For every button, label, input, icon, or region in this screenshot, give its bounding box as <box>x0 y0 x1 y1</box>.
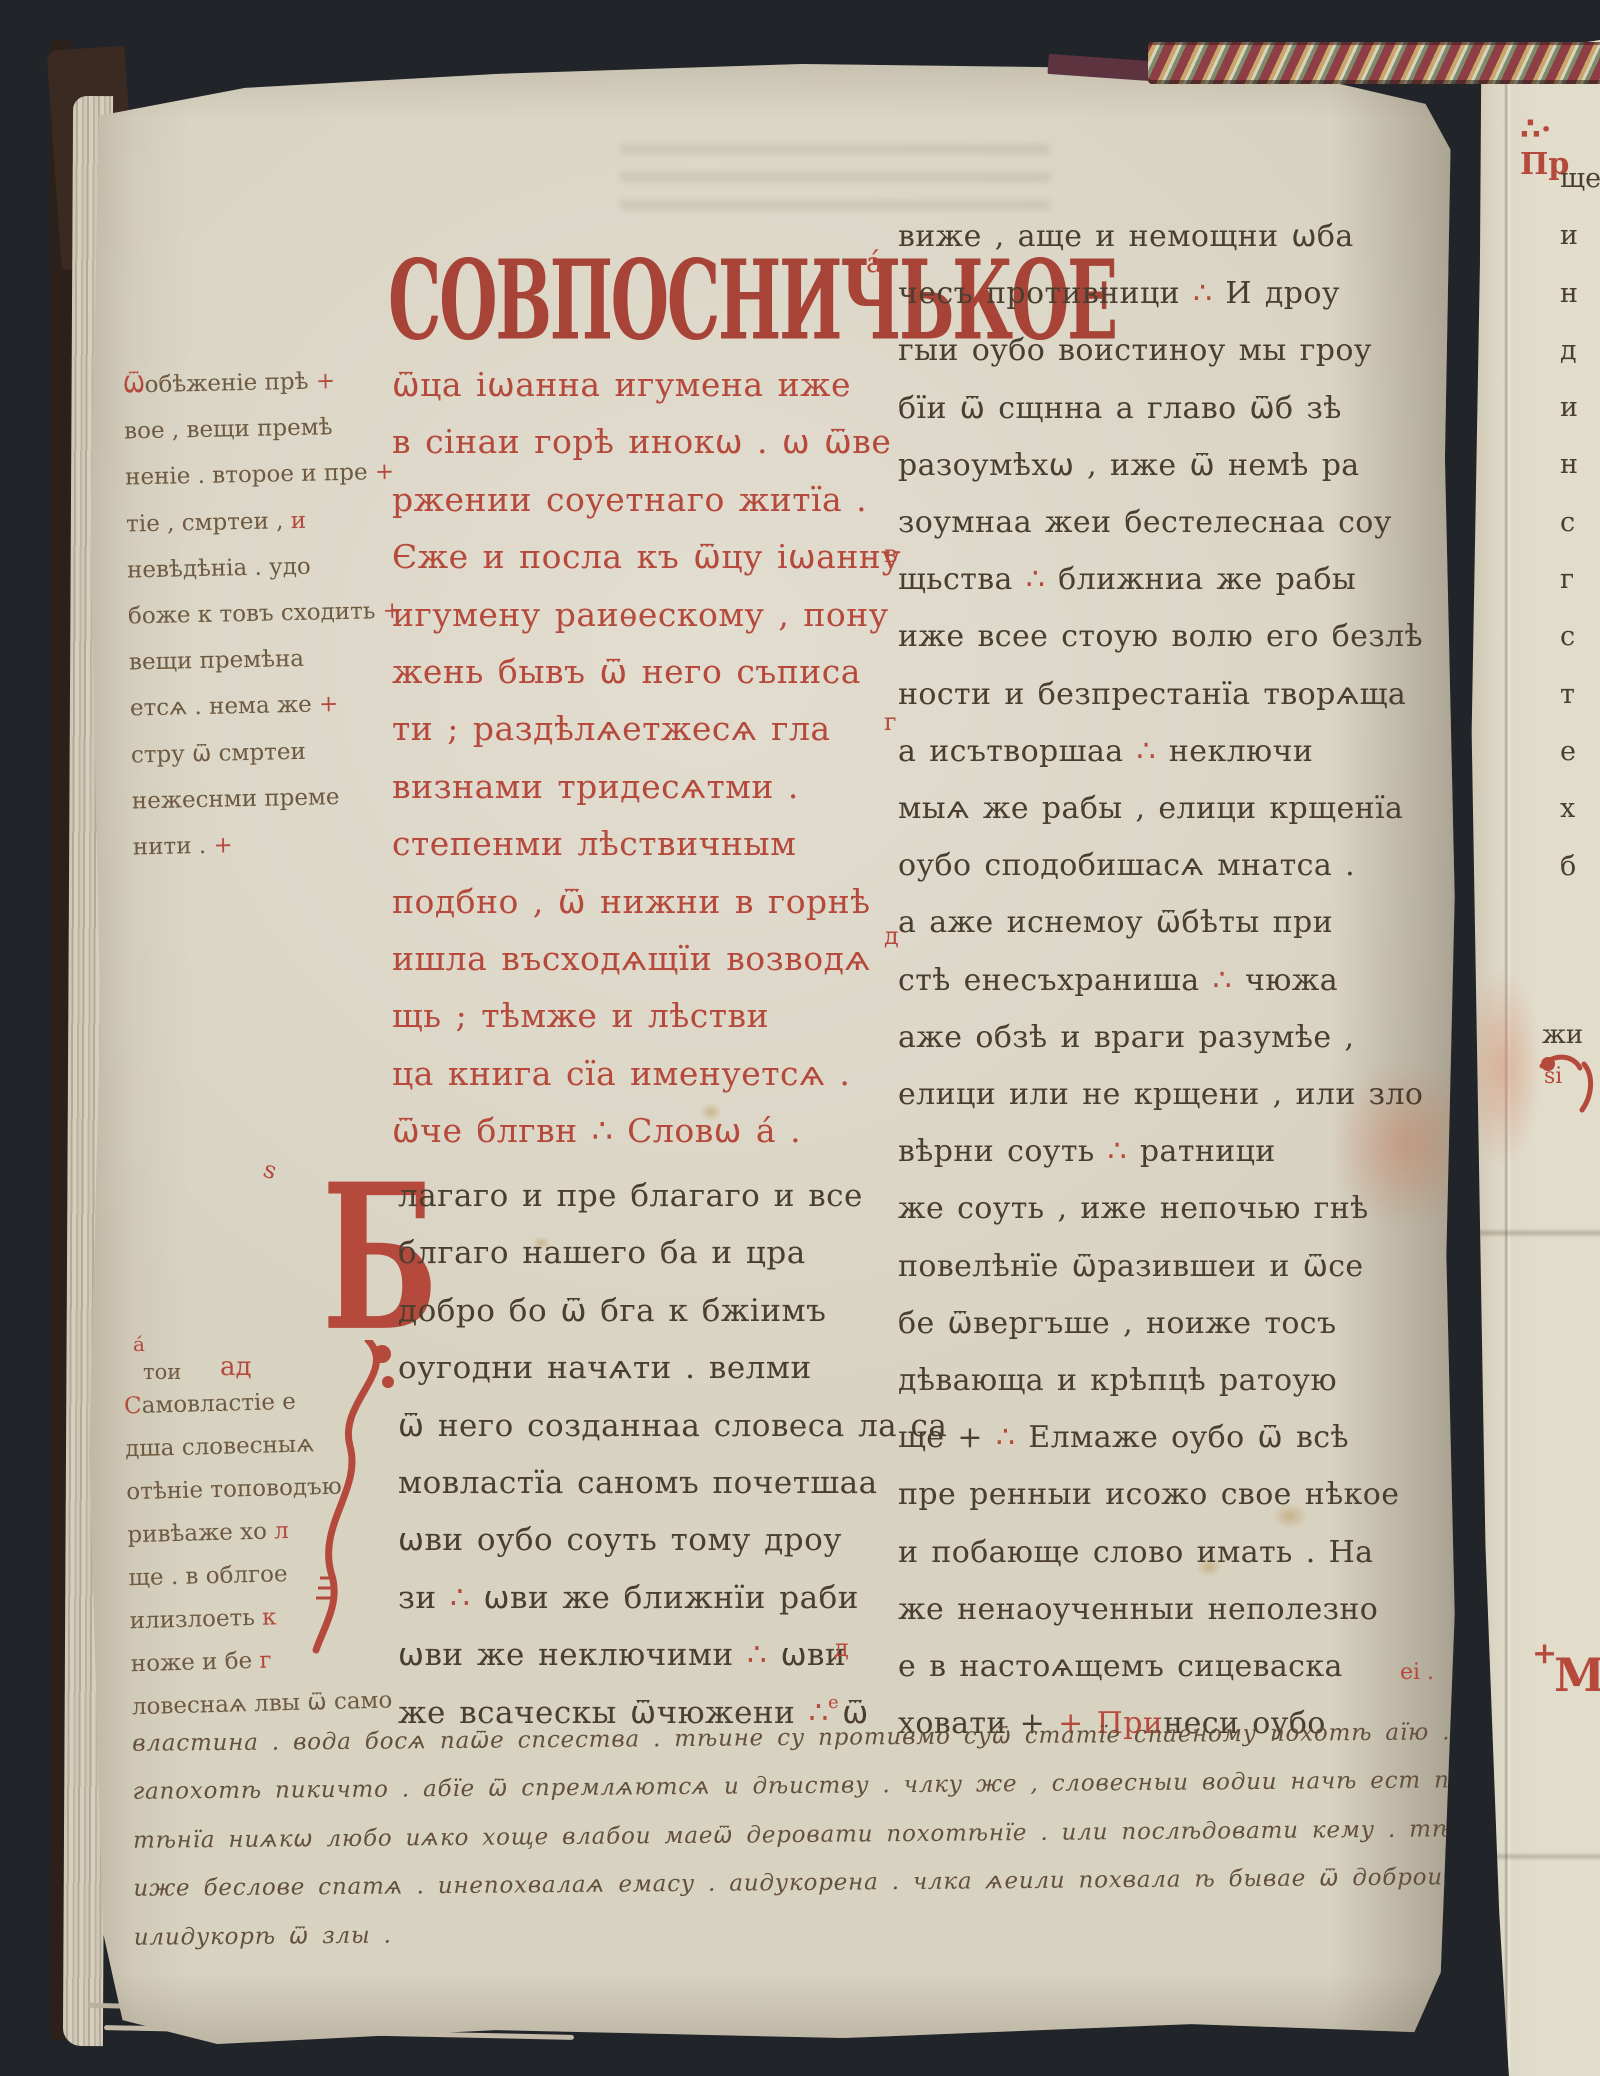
text-line: д <box>1560 322 1600 379</box>
red-accent: + <box>316 368 336 394</box>
red-accent: ∴ <box>1213 963 1233 998</box>
text-line: в сінаи горѣ инокѡ . ѡ ѿве <box>392 413 882 470</box>
text-line: ѿ него созданнаа словеса ла са <box>398 1398 878 1455</box>
text-line: чесъ противници ∴ И дроу <box>898 265 1423 322</box>
text-line: бе ѿвергъше , ноиже тосъ <box>898 1295 1423 1352</box>
text-line: ще . в облгое <box>128 1551 379 1601</box>
text-segment: а исътворшаа <box>898 734 1136 769</box>
red-accent: + <box>375 459 395 485</box>
text-line: тіе , смртеи , и <box>126 496 367 547</box>
text-line: ѡви же неключими ∴ ѡви <box>398 1627 878 1684</box>
text-segment: неніе . второе и пре <box>125 460 375 491</box>
text-line: визнами тридесѧтми . <box>392 758 882 815</box>
text-line: гыи оубо воистиноу мы гроу <box>898 322 1423 379</box>
text-line: же ненаоученныи неполезно <box>898 1581 1423 1638</box>
text-line: же соуть , иже непочью гнѣ <box>898 1180 1423 1237</box>
text-line: ности и безпрестанїа творѧща <box>898 666 1423 723</box>
text-line: степенми лѣствичным <box>392 815 882 872</box>
text-segment: нити . <box>133 833 214 861</box>
text-line: дѣвающа и крѣпцѣ ратоую <box>898 1352 1423 1409</box>
red-accent: к <box>262 1604 277 1630</box>
text-segment: етсѧ . нема же <box>130 692 320 722</box>
text-segment: щьства <box>898 562 1026 597</box>
text-line: ѡви оубо соуть тому дроу <box>398 1512 878 1569</box>
text-line: нежеснми преме <box>131 773 372 824</box>
red-accent: Ѿ <box>123 372 145 398</box>
text-line: Єже и посла къ ѿцу іѡанну <box>392 528 882 585</box>
page-crease <box>1462 1228 1600 1238</box>
pink-stain <box>1462 968 1542 1168</box>
text-line: игумену раиѳескому , пону <box>392 586 882 643</box>
text-line: оубо сподобишасѧ мнатса . <box>898 837 1423 894</box>
text-line: г <box>1560 551 1600 608</box>
text-line: ноже и бе г <box>130 1637 381 1687</box>
gutter-mark: в <box>884 540 898 568</box>
column1-side-mark: ѕ <box>260 1155 280 1185</box>
red-accent: ∴ <box>1108 1134 1128 1169</box>
text-line: повелѣнїе ѿразившеи и ѿсе <box>898 1238 1423 1295</box>
red-accent: + <box>319 692 339 718</box>
text-line: вое , вещи премѣ <box>124 404 365 455</box>
right-page-word: жи <box>1542 1020 1583 1050</box>
text-line: етсѧ . нема же + <box>129 681 370 732</box>
text-line: боже к товъ сходить + <box>128 589 369 640</box>
text-line: ца книга сїа именуетсѧ . <box>392 1045 882 1102</box>
text-line: щь ; тѣмже и лѣстви <box>392 987 882 1044</box>
red-accent: ∴ <box>1136 734 1156 769</box>
text-segment: неключи <box>1156 734 1313 769</box>
text-line: ще <box>1560 150 1600 207</box>
text-segment: ривѣаже хо <box>127 1518 274 1548</box>
gutter-mark: г <box>884 708 897 736</box>
text-line: мовластїа саномъ почетшаа <box>398 1455 878 1512</box>
text-line: нити . + <box>132 819 373 870</box>
text-line: а аже иснемоу ѿбѣты при <box>898 894 1423 951</box>
text-line: зи ∴ ѡви же ближнїи раби <box>398 1570 878 1627</box>
text-line: оугодни начѧти . велми <box>398 1340 878 1397</box>
footer-cursive-gloss: властина . вода босѧ паѿе спсества . тѣи… <box>132 1708 1464 1962</box>
text-line: елици или не крщени , или зло <box>898 1066 1423 1123</box>
gutter-mark: е <box>828 1692 839 1713</box>
red-accent: ∴ <box>996 1420 1016 1455</box>
gutter-mark: а́ <box>866 246 883 279</box>
text-segment: ратници <box>1127 1134 1276 1169</box>
text-line: Ѿобѣженіе прѣ + <box>123 358 364 409</box>
margin-mark-toi: тои <box>143 1360 181 1384</box>
text-line: с <box>1560 608 1600 665</box>
page-crease <box>1462 1852 1600 1861</box>
text-line: разоумѣхѡ , иже ѿ немѣ ра <box>898 437 1423 494</box>
column1-rubric: ѿца іѡанна игумена ижев сінаи горѣ инокѡ… <box>392 356 882 1160</box>
text-segment: чюжа <box>1232 963 1338 998</box>
text-line: ѿче блгвн ∴ Словѡ а́ . <box>392 1102 882 1159</box>
red-accent: ∴ <box>1193 276 1213 311</box>
text-line: Самовластіе е <box>124 1379 375 1429</box>
red-accent: и <box>290 507 306 533</box>
text-line: н <box>1560 265 1600 322</box>
red-accent: + <box>213 832 233 858</box>
red-accent: г <box>259 1648 272 1674</box>
text-line: ще + ∴ Елмаже оубо ѿ всѣ <box>898 1409 1423 1466</box>
left-page: СОВПОСНИЧЬКОЕ ѿца іѡанна игумена ижев сі… <box>78 60 1470 2052</box>
text-line: и <box>1560 379 1600 436</box>
gutter-mark: д <box>884 922 899 950</box>
column2-body: виже , аще и немощни ѡбачесъ противници … <box>898 208 1423 1752</box>
right-page-line-starts: щеиндинсгстехб <box>1560 150 1600 895</box>
text-line: мыѧ же рабы , елици крщенїа <box>898 780 1423 837</box>
text-segment: чесъ противници <box>898 276 1193 311</box>
text-line: стѣ енесъхраниша ∴ чюжа <box>898 952 1423 1009</box>
margin-mark-ad: ад <box>220 1352 252 1382</box>
text-segment: боже к товъ сходить <box>128 598 383 629</box>
red-accent: С <box>124 1393 142 1419</box>
text-line: добро бо ѿ бга к бжіимъ <box>398 1283 878 1340</box>
quire-number: еі . <box>1400 1660 1434 1685</box>
margin-gloss-top: Ѿобѣженіе прѣ +вое , вещи премѣненіе . в… <box>123 358 374 871</box>
red-accent: ∴ <box>747 1637 767 1673</box>
text-line: н <box>1560 436 1600 493</box>
right-page-red-number: ѕі <box>1544 1064 1562 1089</box>
text-line: ишла въсходѧщїи возводѧ <box>392 930 882 987</box>
text-segment: зи <box>398 1580 450 1616</box>
show-through-text <box>620 130 1050 210</box>
red-accent: ∴ <box>450 1580 470 1616</box>
text-line: ти ; раздѣлѧетжесѧ гла <box>392 700 882 757</box>
text-line: е в настоѧщемъ сицеваска <box>898 1638 1423 1695</box>
text-segment: стѣ енесъхраниша <box>898 963 1213 998</box>
text-line: х <box>1560 780 1600 837</box>
text-line: и <box>1560 207 1600 264</box>
text-line: вѣрни соуть ∴ ратници <box>898 1123 1423 1180</box>
headband-weave <box>1148 42 1600 84</box>
text-line: ривѣаже хо л <box>127 1508 378 1558</box>
text-line: невѣдѣніа . удо <box>127 542 368 593</box>
text-line: ржении соуетнаго житїа . <box>392 471 882 528</box>
text-line: илизлоеть к <box>129 1594 380 1644</box>
text-line: подбно , ѿ нижни в горнѣ <box>392 873 882 930</box>
text-segment: ще + <box>898 1420 996 1455</box>
text-segment: Елмаже оубо ѿ всѣ <box>1015 1420 1349 1455</box>
text-segment: тіе , смртеи , <box>126 508 291 537</box>
text-line: отѣніе топоводъю <box>126 1465 377 1515</box>
text-line: бїи ѿ сщнна а главо ѿб зѣ <box>898 380 1423 437</box>
gutter-mark: д <box>834 1634 849 1662</box>
manuscript-photo: СОВПОСНИЧЬКОЕ ѿца іѡанна игумена ижев сі… <box>0 0 1600 2076</box>
red-accent: л <box>274 1518 289 1544</box>
text-segment: ѡви же неключими <box>398 1637 747 1673</box>
text-segment: ближниа же рабы <box>1045 562 1356 597</box>
text-line: вещи премѣна <box>129 635 370 686</box>
text-line: щьства ∴ ближниа же рабы <box>898 551 1423 608</box>
text-line: пре ренныи исожо свое нѣкое <box>898 1466 1423 1523</box>
text-line: с <box>1560 494 1600 551</box>
text-segment: амовластіе е <box>141 1389 296 1419</box>
red-accent: + <box>382 598 402 624</box>
text-segment: И дроу <box>1212 276 1339 311</box>
text-line: ѿца іѡанна игумена иже <box>392 356 882 413</box>
red-accent: ∴ <box>1026 562 1046 597</box>
text-segment: илизлоеть <box>129 1605 262 1634</box>
margin-gloss-bottom: Самовластіе едша словесныѧотѣніе топовод… <box>124 1379 383 1729</box>
text-line: лагаго и пре благаго и все <box>398 1168 878 1225</box>
text-line: аже обзѣ и враги разумѣе , <box>898 1009 1423 1066</box>
text-segment: ѡви же ближнїи раби <box>470 1580 859 1616</box>
text-line: е <box>1560 723 1600 780</box>
right-page-edge: ∴· Пр щеиндинсгстехб жи ѕі + М <box>1462 40 1600 2076</box>
text-segment: вѣрни соуть <box>898 1134 1108 1169</box>
text-line: стру ѿ смртеи <box>130 727 371 778</box>
text-line: жень бывъ ѿ него съписа <box>392 643 882 700</box>
text-line: дша словесныѧ <box>125 1422 376 1472</box>
text-line: блгаго нашего ба и цра <box>398 1225 878 1282</box>
margin-mark-a: а́ <box>133 1332 145 1356</box>
text-segment: ноже и бе <box>131 1648 260 1677</box>
right-page-bottom-initial: М <box>1554 1648 1600 1702</box>
text-line: иже всее стоую волю его безлѣ <box>898 608 1423 665</box>
text-line: а исътворшаа ∴ неключи <box>898 723 1423 780</box>
text-line: и побающе слово имать . На <box>898 1524 1423 1581</box>
text-line: б <box>1560 838 1600 895</box>
text-line: неніе . второе и пре + <box>125 450 366 501</box>
column1-body: лагаго и пре благаго и всеблгаго нашего … <box>398 1168 878 1742</box>
text-segment: обѣженіе прѣ <box>144 369 316 399</box>
text-line: виже , аще и немощни ѡба <box>898 208 1423 265</box>
text-line: зоумнаа жеи бестелеснаа соу <box>898 494 1423 551</box>
text-line: т <box>1560 666 1600 723</box>
